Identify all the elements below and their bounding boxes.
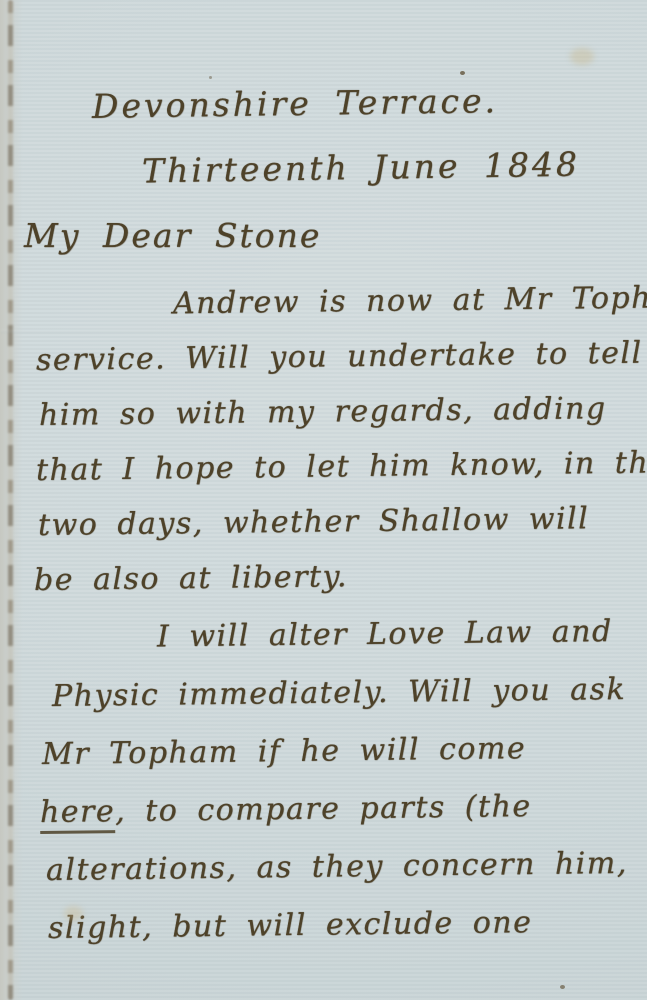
torn-paper-seam	[8, 0, 13, 1000]
manuscript-letter-page: Devonshire Terrace. Thirteenth June 1848…	[0, 0, 647, 1000]
date-line: Thirteenth June 1848	[142, 145, 580, 191]
salutation: My Dear Stone	[24, 216, 321, 255]
underlined-word: here	[40, 794, 116, 834]
paragraph-2: I will alter Love Law and Physic immedia…	[36, 610, 642, 958]
letter-line: Andrew is now at Mr Topham's	[36, 271, 643, 333]
ink-speck	[460, 71, 465, 75]
letter-line: alterations, as they concern him, are	[46, 835, 643, 900]
paper-stain	[570, 48, 594, 65]
letter-line: service. Will you undertake to tell	[36, 326, 643, 388]
letter-line: here, to compare parts (the	[40, 777, 643, 842]
paper-stain	[64, 906, 83, 921]
letter-line: two days, whether Shallow will	[38, 491, 643, 553]
letter-line: slight, but will exclude one	[48, 893, 643, 958]
letter-line: Physic immediately. Will you ask	[52, 661, 643, 726]
letter-line: him so with my regards, adding	[39, 381, 643, 443]
letter-line-continuation: , to compare parts (the	[115, 789, 532, 829]
letter-line: I will alter Love Law and	[36, 603, 643, 668]
ink-speck	[560, 985, 565, 989]
letter-line: be also at liberty.	[34, 546, 643, 608]
paragraph-1: Andrew is now at Mr Topham's service. Wi…	[36, 278, 642, 608]
address-line: Devonshire Terrace.	[92, 81, 499, 126]
letter-line: that I hope to let him know, in these	[36, 436, 643, 498]
letter-line: Mr Topham if he will come	[42, 719, 643, 784]
ink-speck	[209, 76, 212, 79]
